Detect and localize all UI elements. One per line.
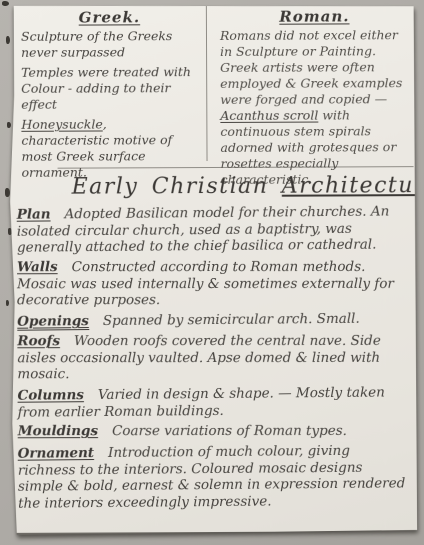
- entry-term: Columns: [17, 387, 84, 404]
- roman-paragraph: Romans did not excel either in Sculpture…: [220, 27, 410, 188]
- honeysuckle-underlined: Honeysuckle: [21, 116, 102, 131]
- note-entry-openings: OpeningsSpanned by semicircular arch. Sm…: [17, 310, 408, 330]
- note-entry-mouldings: MouldingsCoarse variations of Roman type…: [18, 423, 409, 440]
- note-entry-ornament: OrnamentIntroduction of much colour, giv…: [18, 442, 410, 511]
- page-title-underlined: Architecture: [282, 173, 424, 199]
- entry-text: Constructed according to Roman methods. …: [17, 258, 394, 307]
- greek-heading-text: Greek.: [79, 8, 140, 26]
- entry-term: Plan: [17, 206, 51, 222]
- entry-term: Openings: [17, 313, 89, 331]
- entry-text: Adopted Basilican model for their church…: [17, 203, 390, 255]
- greek-heading: Greek.: [21, 9, 198, 26]
- notebook-page-wrap: Greek. Sculpture of the Greeks never sur…: [9, 4, 417, 533]
- roman-paragraph-lead: Romans did not excel either in Sculpture…: [220, 27, 402, 107]
- page-title-lead: Early Christian: [72, 174, 282, 200]
- greek-paragraph-2: Temples were treated with Colour - addin…: [21, 64, 198, 113]
- entry-term: Roofs: [17, 333, 60, 349]
- entry-text: Wooden roofs covered the central nave. S…: [17, 332, 380, 381]
- notebook-page: Greek. Sculpture of the Greeks never sur…: [9, 4, 417, 535]
- entry-term: Walls: [17, 259, 58, 275]
- photo-background: Greek. Sculpture of the Greeks never sur…: [0, 0, 424, 545]
- note-entry-plan: PlanAdopted Basilican model for their ch…: [17, 203, 408, 256]
- page-title: Early Christian Architecture: [72, 173, 412, 199]
- note-entry-roofs: RoofsWooden roofs covered the central na…: [17, 332, 408, 382]
- note-entry-columns: ColumnsVaried in design & shape. — Mostl…: [17, 384, 408, 420]
- roman-heading-text: Roman.: [279, 7, 349, 25]
- greek-paragraph-1: Sculpture of the Greeks never surpassed: [21, 28, 198, 61]
- note-entry-walls: WallsConstructed according to Roman meth…: [17, 258, 408, 308]
- top-section: Greek. Sculpture of the Greeks never sur…: [9, 4, 416, 162]
- entry-text: Spanned by semicircular arch. Small.: [103, 311, 360, 329]
- greek-paragraph-3: Honeysuckle, characteristic motive of mo…: [21, 116, 198, 181]
- greek-section: Greek. Sculpture of the Greeks never sur…: [9, 5, 208, 162]
- roman-heading: Roman.: [220, 8, 409, 25]
- notes-list: PlanAdopted Basilican model for their ch…: [10, 204, 417, 510]
- acanthus-underlined: Acanthus scroll: [220, 108, 318, 123]
- roman-section: Roman. Romans did not excel either in Sc…: [207, 4, 416, 161]
- entry-term: Mouldings: [18, 423, 98, 439]
- entry-text: Coarse variations of Roman types.: [112, 423, 347, 439]
- edge-mark: [6, 300, 9, 306]
- entry-term: Ornament: [18, 445, 94, 462]
